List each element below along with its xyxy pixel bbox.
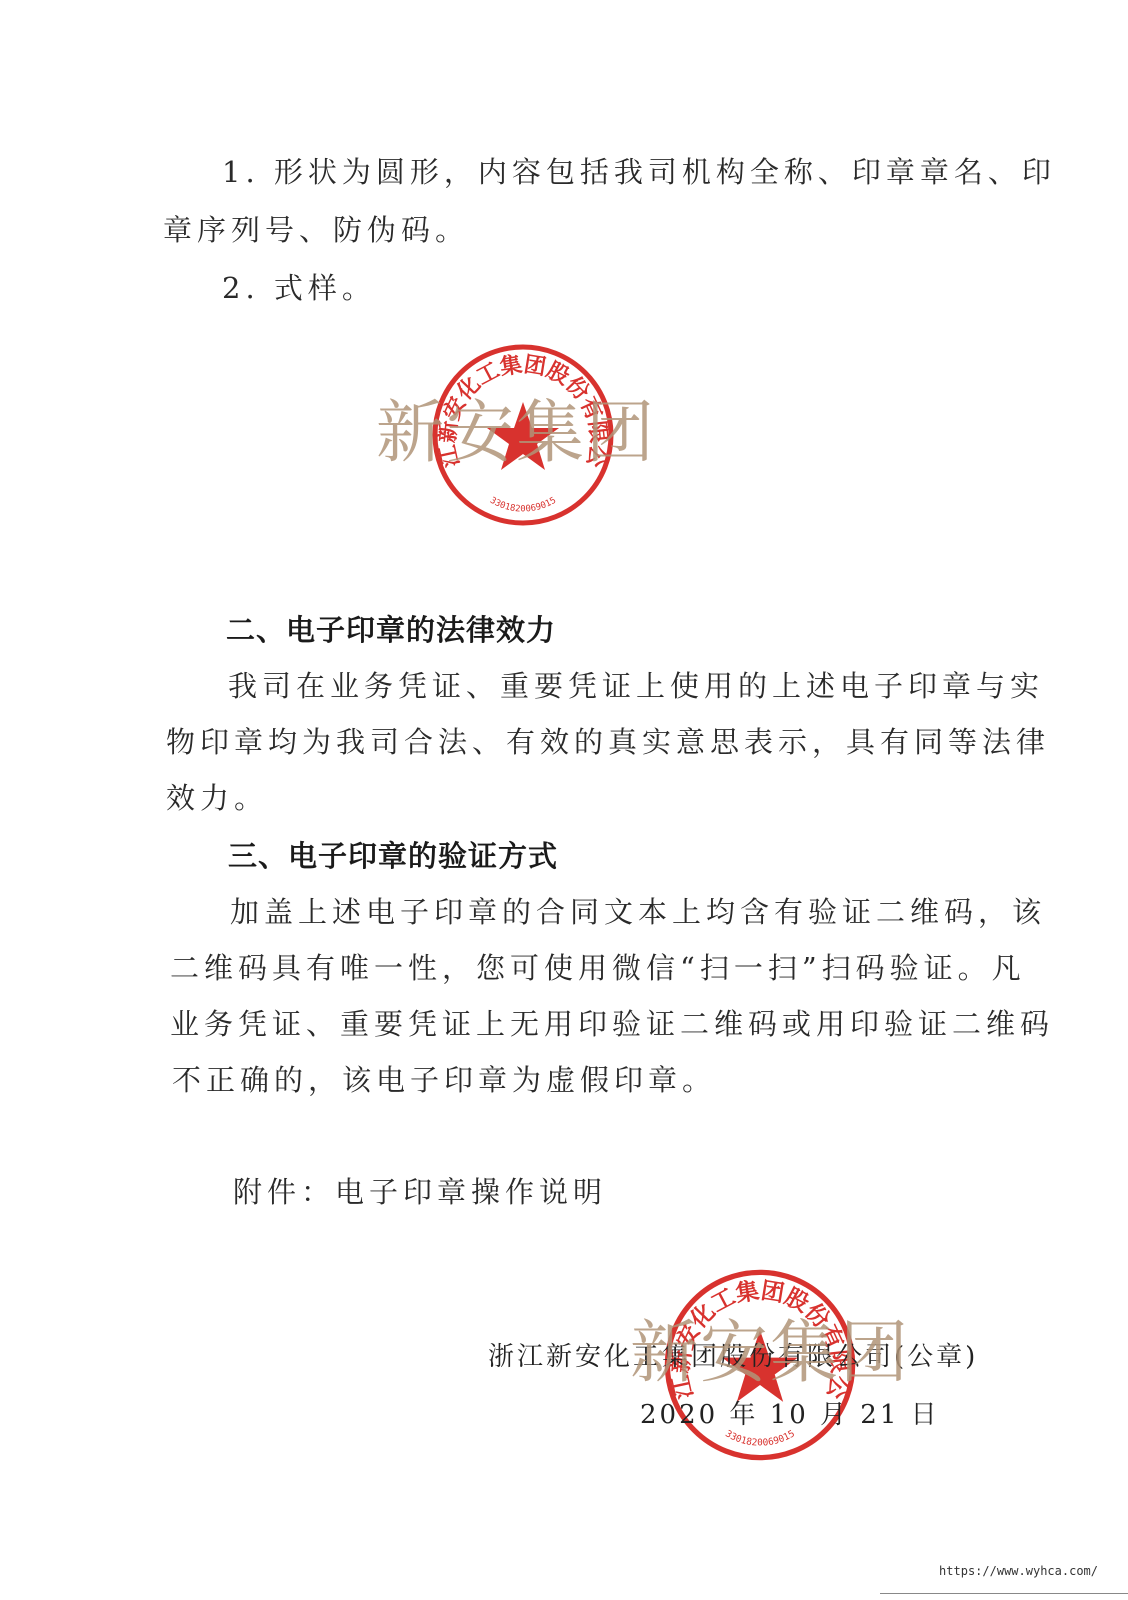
seal-watermark: 新安集团 [376, 400, 656, 468]
section-3-line-1: 加盖上述电子印章的合同文本上均含有验证二维码，该 [230, 898, 1046, 927]
section-2-line-2: 物印章均为我司合法、有效的真实意思表示，具有同等法律 [166, 728, 1050, 757]
footer-divider [880, 1593, 1128, 1594]
section-3-line-4: 不正确的，该电子印章为虚假印章。 [172, 1066, 716, 1095]
svg-text:3301820069015: 3301820069015 [488, 496, 558, 515]
footer-url: https://www.wyhca.com/ [939, 1564, 1098, 1578]
item-1-line-1: 1. 形状为圆形，内容包括我司机构全称、印章章名、印 [222, 158, 1056, 187]
svg-text:3301820069015: 3301820069015 [723, 1428, 797, 1448]
section-2-heading: 二、电子印章的法律效力 [226, 616, 556, 645]
section-2-line-1: 我司在业务凭证、重要凭证上使用的上述电子印章与实 [228, 672, 1044, 701]
section-3-line-3: 业务凭证、重要凭证上无用印验证二维码或用印验证二维码 [170, 1010, 1054, 1039]
signature-watermark: 新安集团 [630, 1320, 910, 1388]
attachment-note: 附件：电子印章操作说明 [233, 1178, 607, 1207]
section-3-heading: 三、电子印章的验证方式 [228, 842, 558, 871]
item-2-line-1: 2. 式样。 [222, 274, 376, 303]
section-3-line-2: 二维码具有唯一性，您可使用微信“扫一扫”扫码验证。凡 [170, 954, 1026, 983]
item-1-line-2: 章序列号、防伪码。 [163, 216, 469, 245]
signature-date: 2020 年 10 月 21 日 [640, 1394, 940, 1431]
section-2-line-3: 效力。 [166, 784, 268, 813]
